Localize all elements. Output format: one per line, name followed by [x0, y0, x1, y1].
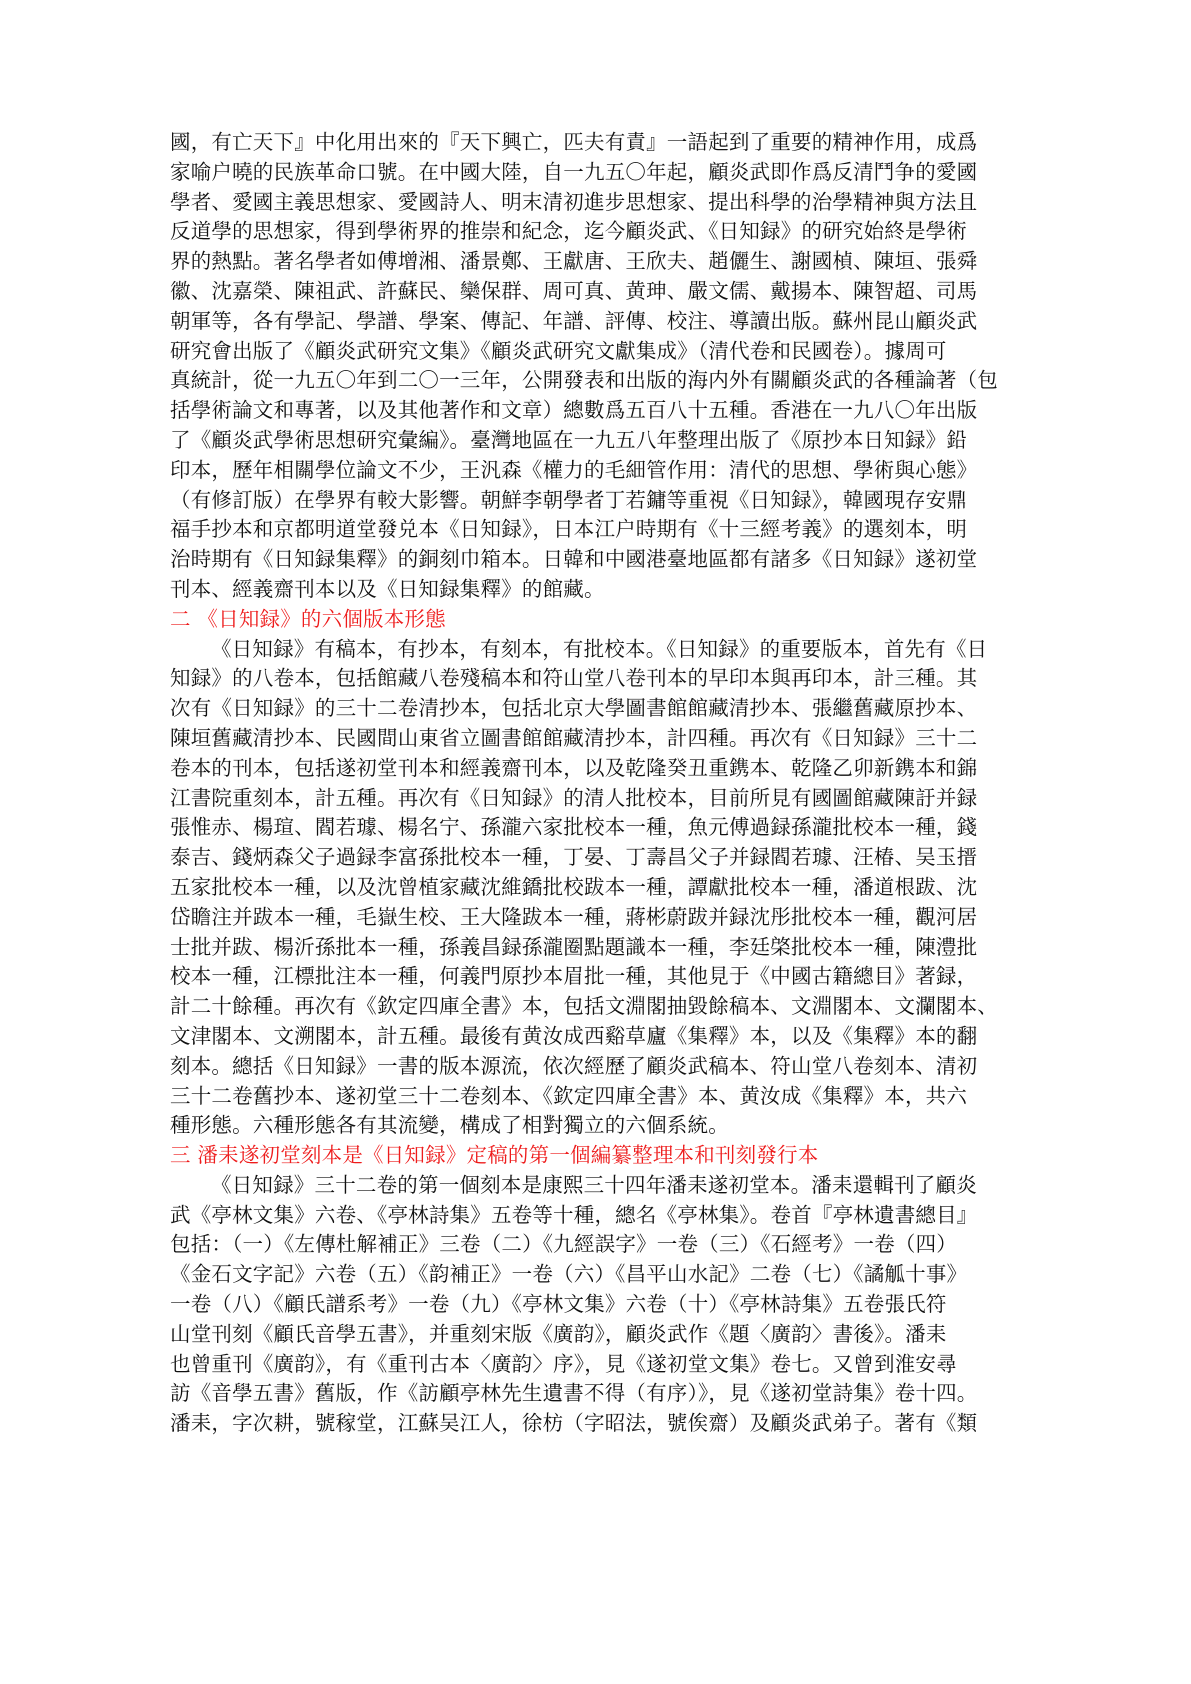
text-line: 界的熱點。著名學者如傅增湘、潘景鄭、王獻唐、王欣夫、趙儷生、謝國楨、陳垣、張舜 — [170, 247, 950, 277]
text-line: 士批并跋、楊沂孫批本一種，孫義昌録孫瀧圈點題識本一種，李廷棨批校本一種，陳澧批 — [170, 933, 950, 963]
text-line: （有修訂版）在學界有較大影響。朝鮮李朝學者丁若鏞等重視《日知録》，韓國現存安鼎 — [170, 486, 950, 516]
text-line: 校本一種，江標批注本一種，何義門原抄本眉批一種，其他見于《中國古籍總目》著録， — [170, 962, 950, 992]
section-1-paragraph: 國，有亡天下』中化用出來的『天下興亡，匹夫有責』一語起到了重要的精神作用，成爲 … — [170, 128, 950, 605]
text-line: 《日知録》有稿本，有抄本，有刻本，有批校本。《日知録》的重要版本，首先有《日 — [170, 635, 950, 665]
text-line: 江書院重刻本，計五種。再次有《日知録》的清人批校本，目前所見有國圖館藏陳訏并録 — [170, 784, 950, 814]
text-line: 潘耒，字次耕，號稼堂，江蘇吴江人，徐枋（字昭法，號俟齋）及顧炎武弟子。著有《類 — [170, 1409, 950, 1439]
text-line: 括學術論文和專著，以及其他著作和文章）總數爲五百八十五種。香港在一九八〇年出版 — [170, 396, 950, 426]
section-3-paragraph: 《日知録》三十二卷的第一個刻本是康熙三十四年潘耒遂初堂本。潘耒還輯刊了顧炎 武《… — [170, 1171, 950, 1439]
text-line: 包括：（一）《左傳杜解補正》三卷（二）《九經誤字》一卷（三）《石經考》一卷（四） — [170, 1230, 950, 1260]
text-line: 了《顧炎武學術思想研究彙編》。臺灣地區在一九五八年整理出版了《原抄本日知録》鉛 — [170, 426, 950, 456]
text-line: 真統計，從一九五〇年到二〇一三年，公開發表和出版的海内外有關顧炎武的各種論著（包 — [170, 366, 950, 396]
text-line: 次有《日知録》的三十二卷清抄本，包括北京大學圖書館館藏清抄本、張繼舊藏原抄本、 — [170, 694, 950, 724]
text-line: 五家批校本一種，以及沈曾植家藏沈維鐈批校跋本一種，譚獻批校本一種，潘道根跋、沈 — [170, 873, 950, 903]
text-line: 研究會出版了《顧炎武研究文集》《顧炎武研究文獻集成》（清代卷和民國卷）。據周可 — [170, 337, 950, 367]
text-line: 國，有亡天下』中化用出來的『天下興亡，匹夫有責』一語起到了重要的精神作用，成爲 — [170, 128, 950, 158]
text-line: 文津閣本、文溯閣本，計五種。最後有黄汝成西谿草廬《集釋》本，以及《集釋》本的翻 — [170, 1022, 950, 1052]
document-page: 國，有亡天下』中化用出來的『天下興亡，匹夫有責』一語起到了重要的精神作用，成爲 … — [170, 128, 950, 1439]
text-line: 反道學的思想家，得到學術界的推崇和紀念，迄今顧炎武、《日知録》的研究始終是學術 — [170, 217, 950, 247]
text-line: 岱瞻注并跋本一種，毛嶽生校、王大隆跋本一種，蔣彬蔚跋并録沈彤批校本一種，觀河居 — [170, 903, 950, 933]
text-line: 泰吉、錢炳森父子過録李富孫批校本一種，丁晏、丁壽昌父子并録閻若璩、汪椿、吴玉搢 — [170, 843, 950, 873]
text-line: 種形態。六種形態各有其流變，構成了相對獨立的六個系統。 — [170, 1111, 950, 1141]
text-line: 《金石文字記》六卷（五）《韵補正》一卷（六）《昌平山水記》二卷（七）《譎觚十事》 — [170, 1260, 950, 1290]
text-line: 家喻户曉的民族革命口號。在中國大陸，自一九五〇年起，顧炎武即作爲反清鬥争的愛國 — [170, 158, 950, 188]
text-line: 也曾重刊《廣韵》，有《重刊古本〈廣韵〉序》，見《遂初堂文集》卷七。又曾到淮安尋 — [170, 1350, 950, 1380]
text-line: 武《亭林文集》六卷、《亭林詩集》五卷等十種，總名《亭林集》。卷首『亭林遺書總目』 — [170, 1201, 950, 1231]
section-2-paragraph: 《日知録》有稿本，有抄本，有刻本，有批校本。《日知録》的重要版本，首先有《日 知… — [170, 635, 950, 1142]
section-3-heading: 三 潘耒遂初堂刻本是《日知録》定稿的第一個編纂整理本和刊刻發行本 — [170, 1141, 950, 1171]
text-line: 福手抄本和京都明道堂發兑本《日知録》，日本江户時期有《十三經考義》的選刻本，明 — [170, 515, 950, 545]
text-line: 陳垣舊藏清抄本、民國間山東省立圖書館館藏清抄本，計四種。再次有《日知録》三十二 — [170, 724, 950, 754]
text-line: 治時期有《日知録集釋》的銅刻巾箱本。日韓和中國港臺地區都有諸多《日知録》遂初堂 — [170, 545, 950, 575]
section-2-heading: 二 《日知録》的六個版本形態 — [170, 605, 950, 635]
text-line: 刊本、經義齋刊本以及《日知録集釋》的館藏。 — [170, 575, 950, 605]
text-line: 訪《音學五書》舊版，作《訪顧亭林先生遺書不得（有序）》，見《遂初堂詩集》卷十四。 — [170, 1379, 950, 1409]
text-line: 山堂刊刻《顧氏音學五書》，并重刻宋版《廣韵》，顧炎武作《題〈廣韵〉書後》。潘耒 — [170, 1320, 950, 1350]
text-line: 一卷（八）《顧氏譜系考》一卷（九）《亭林文集》六卷（十）《亭林詩集》五卷張氏符 — [170, 1290, 950, 1320]
text-line: 知録》的八卷本，包括館藏八卷殘稿本和符山堂八卷刊本的早印本與再印本，計三種。其 — [170, 664, 950, 694]
text-line: 三十二卷舊抄本、遂初堂三十二卷刻本、《欽定四庫全書》本、黄汝成《集釋》本，共六 — [170, 1082, 950, 1112]
text-line: 計二十餘種。再次有《欽定四庫全書》本，包括文淵閣抽毀餘稿本、文淵閣本、文瀾閣本、 — [170, 992, 950, 1022]
text-line: 《日知録》三十二卷的第一個刻本是康熙三十四年潘耒遂初堂本。潘耒還輯刊了顧炎 — [170, 1171, 950, 1201]
text-line: 徽、沈嘉榮、陳祖武、許蘇民、欒保群、周可真、黄珅、嚴文儒、戴揚本、陳智超、司馬 — [170, 277, 950, 307]
text-line: 朝軍等，各有學記、學譜、學案、傳記、年譜、評傳、校注、導讀出版。蘇州昆山顧炎武 — [170, 307, 950, 337]
text-line: 卷本的刊本，包括遂初堂刊本和經義齋刊本，以及乾隆癸丑重鎸本、乾隆乙卯新鎸本和錦 — [170, 754, 950, 784]
text-line: 刻本。總括《日知録》一書的版本源流，依次經歷了顧炎武稿本、符山堂八卷刻本、清初 — [170, 1052, 950, 1082]
text-line: 印本，歷年相關學位論文不少，王汎森《權力的毛細管作用：清代的思想、學術與心態》 — [170, 456, 950, 486]
text-line: 張惟赤、楊瑄、閻若璩、楊名宁、孫瀧六家批校本一種，魚元傅過録孫瀧批校本一種，錢 — [170, 813, 950, 843]
text-line: 學者、愛國主義思想家、愛國詩人、明末清初進步思想家、提出科學的治學精神與方法且 — [170, 188, 950, 218]
